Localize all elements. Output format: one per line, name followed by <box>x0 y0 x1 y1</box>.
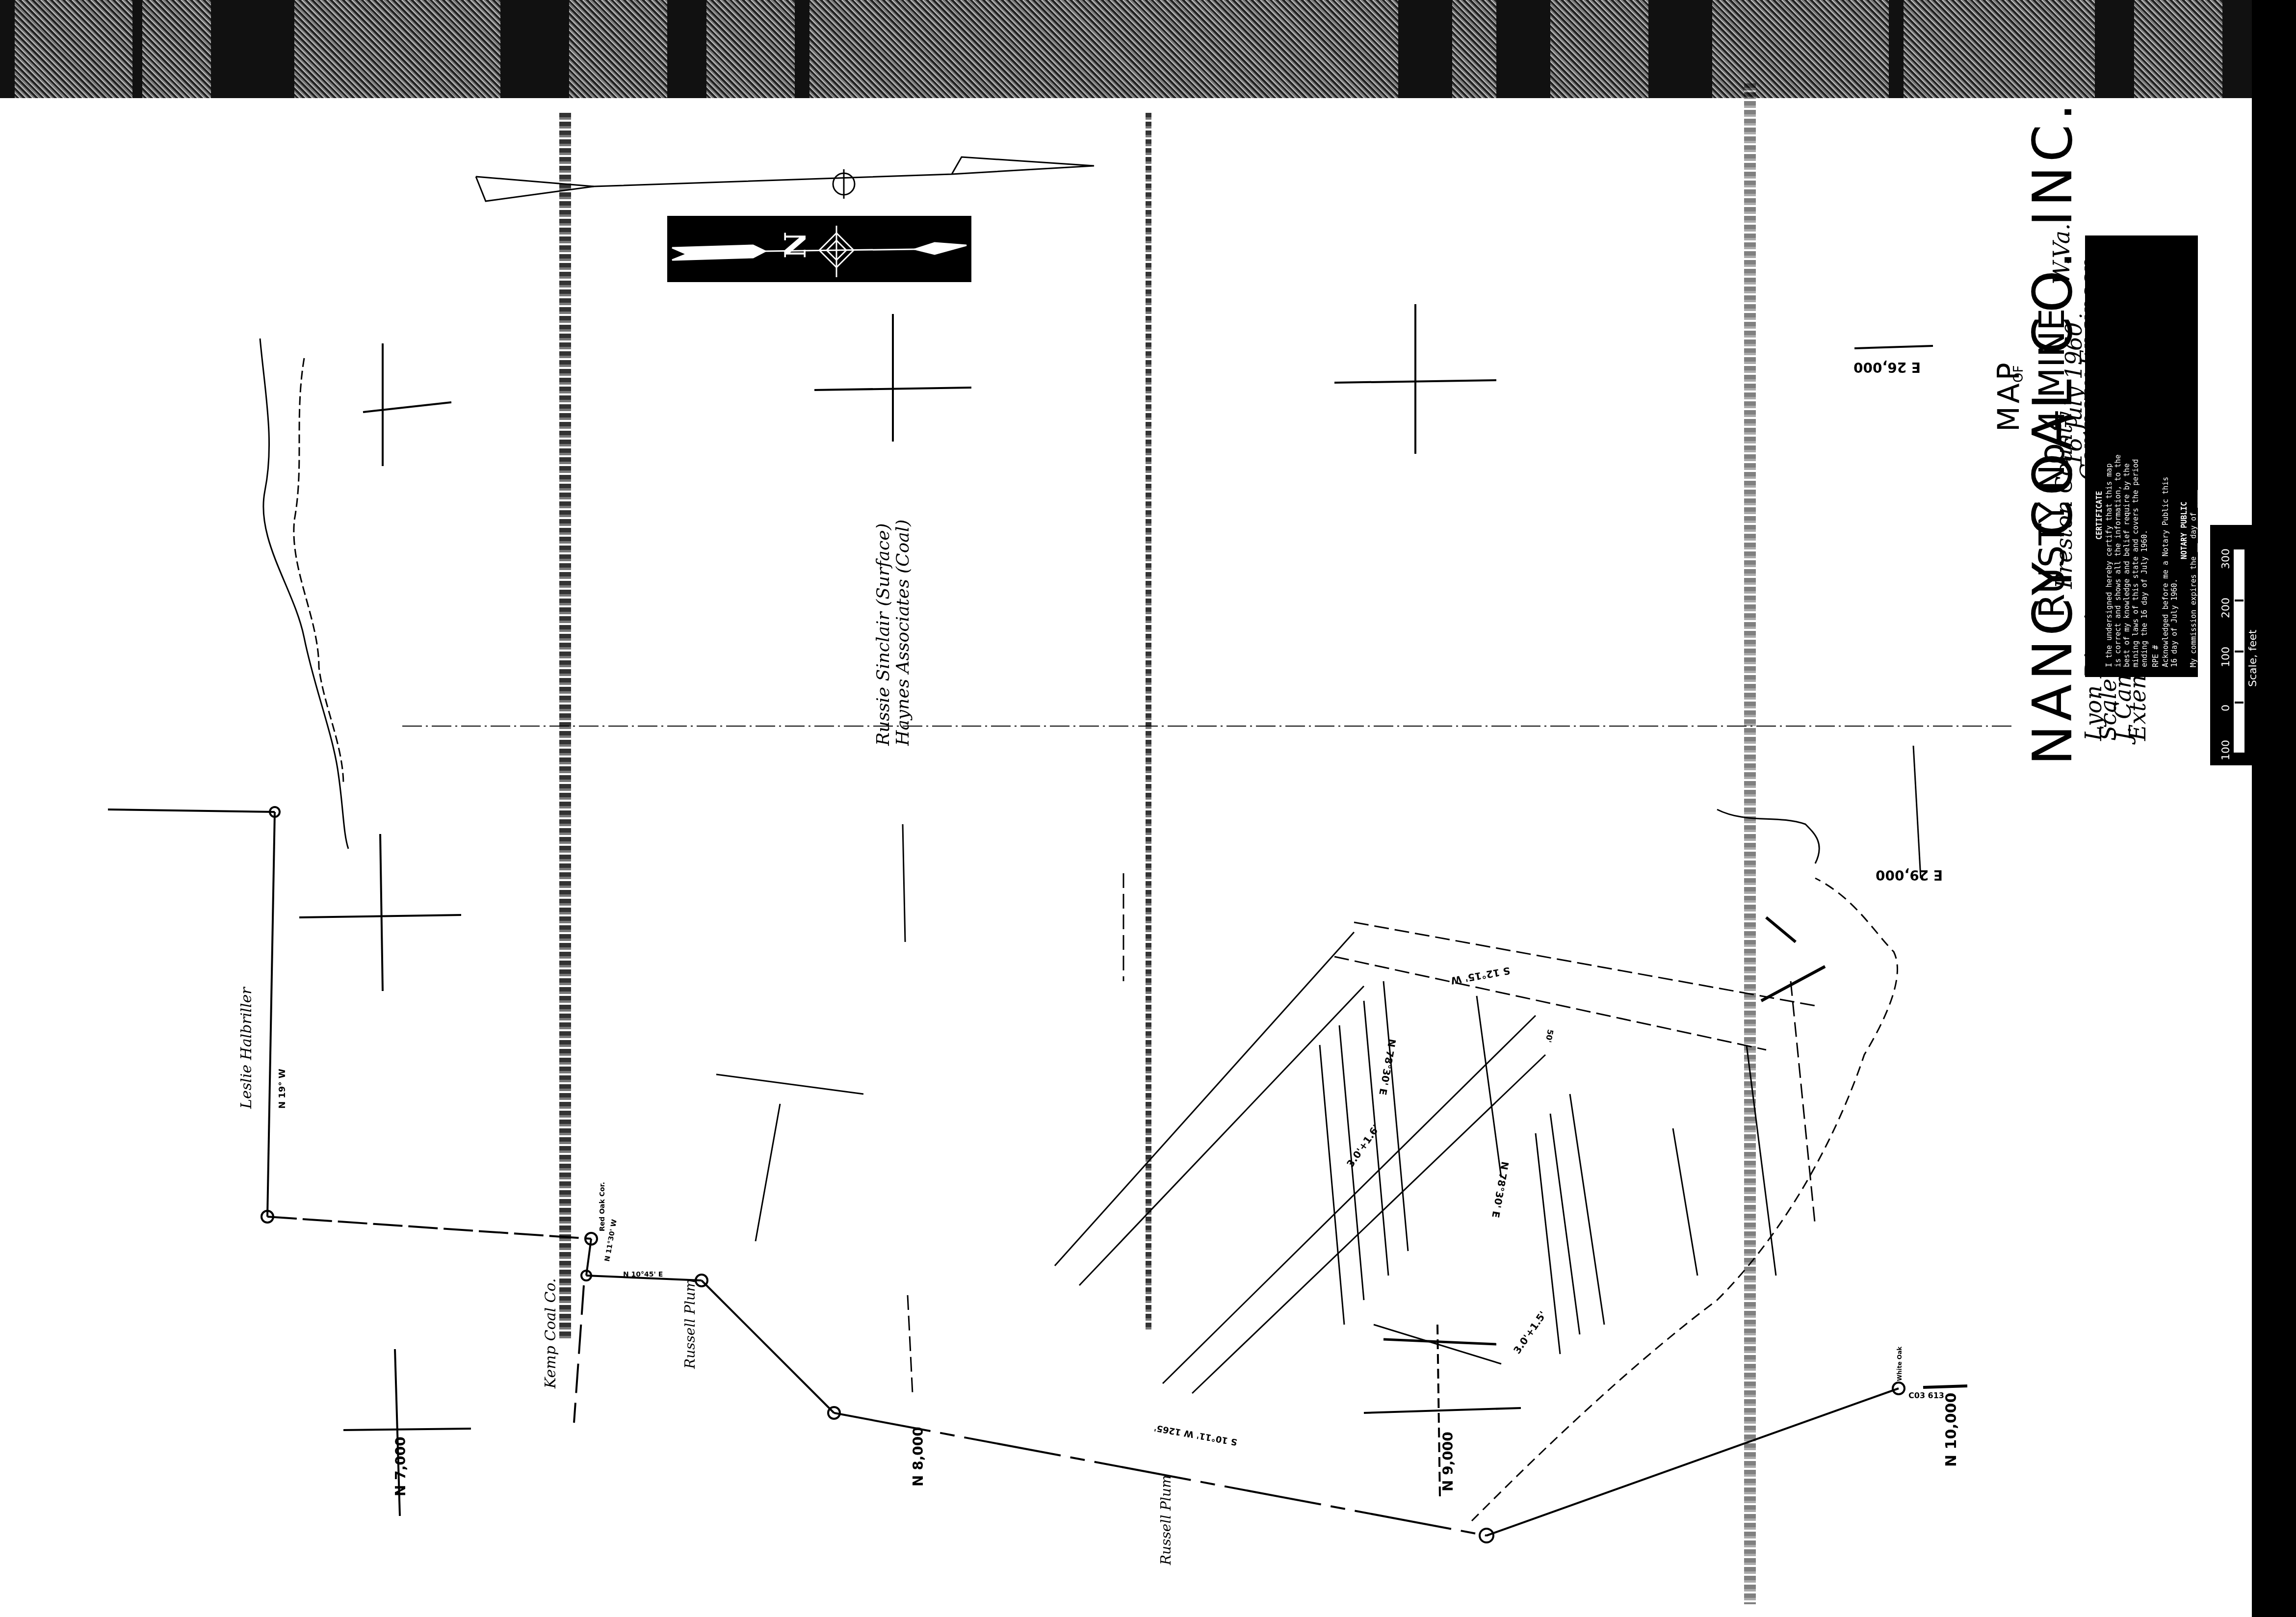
scale-bar-graphic <box>2234 549 2244 753</box>
certificate-line: RPE # <box>2151 645 2160 667</box>
grid-label: N 8,000 <box>910 1427 926 1487</box>
grid-label: E 26,000 <box>1853 359 1921 375</box>
owner-label: Russell Plum <box>682 1278 698 1369</box>
map-drawing <box>0 0 2296 1617</box>
certificate-block: CERTIFICATE I the undersigned hereby cer… <box>2085 235 2198 677</box>
certificate-line: is correct and shows all the information… <box>2113 455 2122 667</box>
owner-label: Haynes Associates (Coal) <box>893 520 913 746</box>
grid-label: N 7,000 <box>392 1436 409 1496</box>
scale-label: Scale, feet <box>2247 629 2259 687</box>
scale-tick: 100 <box>2220 647 2232 667</box>
certificate-line: 16 day of July 1960. <box>2170 578 2179 667</box>
certificate-line: best of my knowledge and belief require … <box>2122 464 2131 667</box>
owner-label: Kemp Coal Co. <box>542 1278 559 1388</box>
bearing-label: N 19° W <box>277 1069 287 1109</box>
scale-tick: 300 <box>2220 548 2232 569</box>
certificate-heading: CERTIFICATE <box>2095 491 2104 540</box>
certificate-line: Acknowledged before me a Notary Public t… <box>2161 477 2170 667</box>
grid-label: N 9,000 <box>1440 1432 1456 1491</box>
certificate-line: mining laws of this state and covers the… <box>2131 459 2140 667</box>
grid-label: E 29,000 <box>1876 867 1943 883</box>
certificate-line: I the undersigned hereby certify that th… <box>2105 464 2113 667</box>
scale-bar: 100 0 100 200 300 Scale, feet <box>2210 525 2264 765</box>
bearing-label: N 10°45' E <box>623 1271 663 1278</box>
certificate-line: My commission expires the __ day of ____ <box>2189 490 2198 667</box>
owner-label: Russie Sinclair (Surface) <box>873 523 893 746</box>
corner-label: C03 613 <box>1908 1391 1944 1400</box>
corner-label: Red Oak Cor. <box>599 1182 606 1231</box>
scale-tick: 100 <box>2220 740 2232 760</box>
grid-label: N 10,000 <box>1943 1393 1960 1467</box>
notary-label: NOTARY PUBLIC <box>2180 502 2189 559</box>
state: W.Va. <box>2048 223 2075 285</box>
corner-label: White Oak <box>1896 1347 1903 1381</box>
north-arrow-icon: N <box>667 216 971 282</box>
owner-label: Leslie Halbriller <box>238 987 255 1109</box>
certificate-line: ending the 16 day of July 1960. <box>2140 530 2149 667</box>
scale-tick: 200 <box>2220 598 2232 618</box>
north-arrow: N <box>667 216 971 282</box>
scale-tick: 0 <box>2220 704 2232 711</box>
svg-text:N: N <box>779 232 813 259</box>
owner-label: Russell Plum <box>1158 1475 1174 1565</box>
